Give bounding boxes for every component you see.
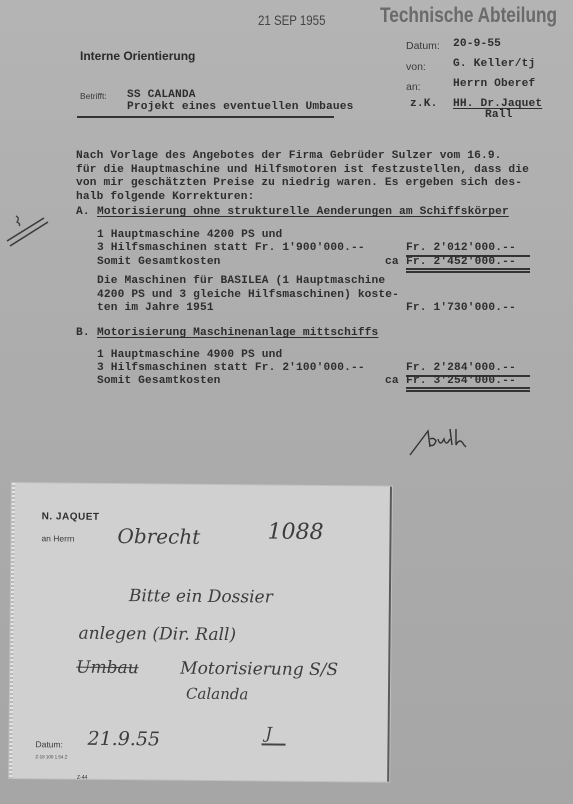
date-label: Datum: <box>406 40 440 52</box>
received-date-stamp: 21 SEP 1955 <box>258 12 325 28</box>
subject-label: Betrifft: <box>80 91 107 101</box>
intro-line: von mir geschätzten Preise zu niedrig wa… <box>76 177 522 189</box>
section-b-total-label: Somit Gesamtkosten <box>97 375 221 387</box>
slip-note-line: Bitte ein Dossier <box>129 586 273 607</box>
department-stamp: Technische Abteilung <box>380 4 557 28</box>
slip-note-line: Calanda <box>186 685 249 704</box>
basilea-line: Die Maschinen für BASILEA (1 Hauptmaschi… <box>97 275 385 287</box>
slip-date-label: Datum: <box>35 739 63 749</box>
total-double-underline <box>406 271 530 273</box>
slip-struck-word: Umbau <box>76 658 139 679</box>
basilea-note: Die Maschinen für BASILEA (1 Hauptmaschi… <box>97 275 399 316</box>
subject-rule <box>77 116 334 118</box>
total-underline <box>406 268 530 270</box>
section-a-line-2: 3 Hilfsmaschinen statt Fr. 1'900'000.-- <box>97 242 365 254</box>
memo-page: 21 SEP 1955 Technische Abteilung Interne… <box>0 0 573 804</box>
slip-form-code: Z-18 100 1.54 Z <box>35 754 67 759</box>
basilea-line: 4200 PS und 3 gleiche Hilfsmaschinen) ko… <box>97 289 399 301</box>
total-underline <box>406 387 530 389</box>
date-value: 20-9-55 <box>453 38 501 50</box>
cc-label: z.K. <box>410 98 437 110</box>
from-value: G. Keller/tj <box>453 58 535 70</box>
section-b-heading: Motorisierung Maschinenanlage mittschiff… <box>97 327 378 339</box>
basilea-amount: Fr. 1'730'000.-- <box>406 302 516 314</box>
slip-initial: J <box>266 723 273 742</box>
slip-date-value: 21.9.55 <box>87 728 160 751</box>
signature <box>408 425 488 461</box>
section-b-amount: Fr. 2'284'000.-- <box>406 362 516 374</box>
section-a-line-1: 1 Hauptmaschine 4200 PS und <box>97 229 282 241</box>
section-a-prefix: A. <box>76 206 90 218</box>
slip-number: 1088 <box>267 519 323 545</box>
section-b-total: Fr. 3'254'000.-- <box>406 375 516 387</box>
subject-line-2: Projekt eines eventuellen Umbaues <box>127 101 354 113</box>
section-a-total: Fr. 2'452'000.-- <box>406 256 516 268</box>
slip-sender: N. JAQUET <box>42 511 100 523</box>
intro-line: für die Hauptmaschine und Hilfsmotoren i… <box>76 164 529 176</box>
section-b-line-1: 1 Hauptmaschine 4900 PS und <box>97 349 282 361</box>
section-a-total-label: Somit Gesamtkosten <box>97 256 221 268</box>
slip-to-value: Obrecht <box>117 524 200 549</box>
section-b-ca: ca <box>385 375 399 387</box>
section-a-heading: Motorisierung ohne strukturelle Aenderun… <box>97 206 509 218</box>
from-label: von: <box>406 61 426 73</box>
section-a-amount: Fr. 2'012'000.-- <box>406 242 516 254</box>
slip-note-line: anlegen (Dir. Rall) <box>78 624 236 646</box>
intro-line: halb folgende Korrekturen: <box>76 191 254 203</box>
cc-value-2: Rall <box>485 109 512 121</box>
slip-to-label: an Herrn <box>41 533 74 543</box>
total-double-underline <box>406 390 530 392</box>
form-code-2: Z-44 <box>77 775 87 781</box>
initial-underline <box>261 743 285 745</box>
intro-paragraph: Nach Vorlage des Angebotes der Firma Geb… <box>76 150 529 204</box>
to-label: an: <box>406 81 421 93</box>
memo-title: Interne Orientierung <box>80 49 195 63</box>
to-value: Herrn Oberef <box>453 78 535 90</box>
perforated-edge <box>9 483 15 778</box>
intro-line: Nach Vorlage des Angebotes der Firma Geb… <box>76 150 502 162</box>
margin-check-mark <box>4 212 54 252</box>
slip-note-line: Motorisierung S/S <box>180 659 338 681</box>
basilea-line: ten im Jahre 1951 <box>97 302 214 314</box>
section-a-ca: ca <box>385 256 399 268</box>
subject-line-1: SS CALANDA <box>127 89 196 101</box>
section-b-prefix: B. <box>76 327 90 339</box>
routing-slip: N. JAQUET an Herrn Obrecht 1088 Bitte ei… <box>9 483 392 782</box>
section-b-line-2: 3 Hilfsmaschinen statt Fr. 2'100'000.-- <box>97 362 365 374</box>
